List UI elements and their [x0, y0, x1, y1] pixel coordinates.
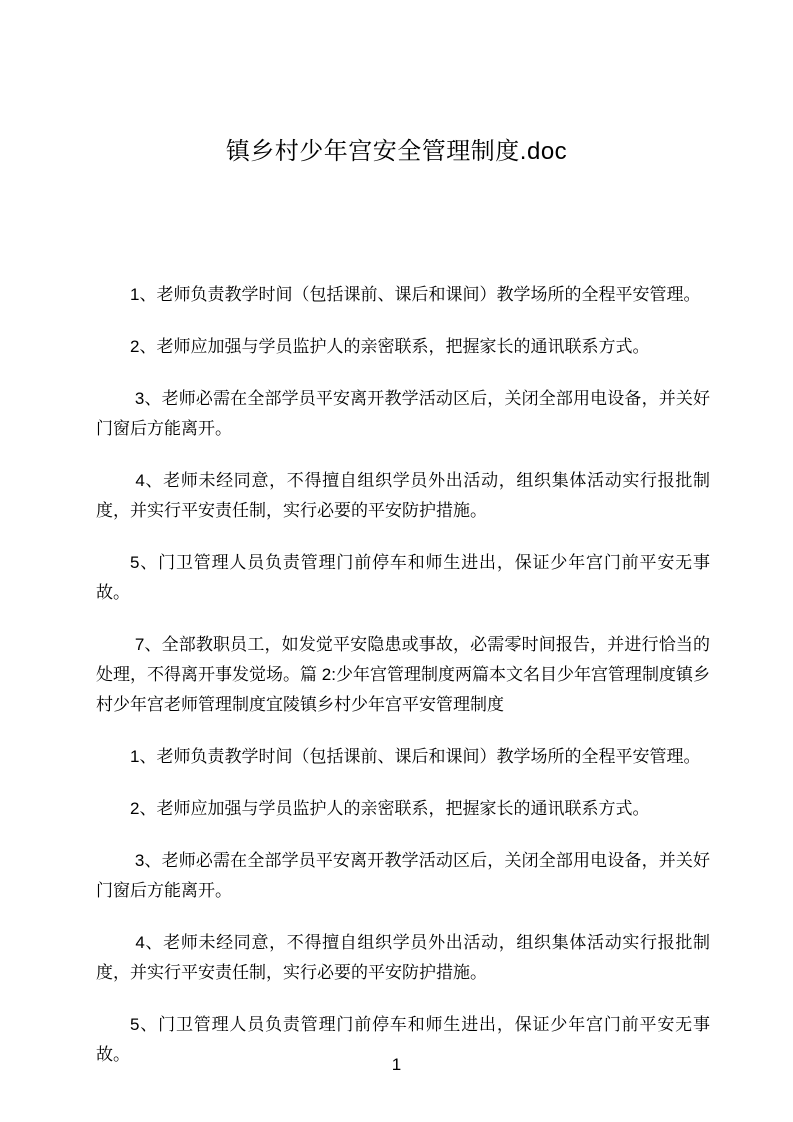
paragraph: 5、门卫管理人员负责管理门前停车和师生进出，保证少年宫门前平安无事故。: [96, 548, 710, 608]
document-page: 镇乡村少年宫安全管理制度.doc 1、老师负责教学时间（包括课前、课后和课间）教…: [0, 0, 793, 1122]
paragraph: 2、老师应加强与学员监护人的亲密联系，把握家长的通讯联系方式。: [96, 794, 710, 824]
document-body: 1、老师负责教学时间（包括课前、课后和课间）教学场所的全程平安管理。 2、老师应…: [96, 168, 710, 1070]
paragraph: 1、老师负责教学时间（包括课前、课后和课间）教学场所的全程平安管理。: [96, 742, 710, 772]
paragraph: 4、老师未经同意，不得擅自组织学员外出活动，组织集体活动实行报批制度，并实行平安…: [96, 928, 710, 988]
paragraph: 1、老师负责教学时间（包括课前、课后和课间）教学场所的全程平安管理。: [96, 280, 710, 310]
page-footer: 1: [0, 1050, 793, 1080]
paragraph: 3、老师必需在全部学员平安离开教学活动区后，关闭全部用电设备，并关好门窗后方能离…: [96, 846, 710, 906]
paragraph: 3、老师必需在全部学员平安离开教学活动区后，关闭全部用电设备，并关好门窗后方能离…: [96, 384, 710, 444]
document-title: 镇乡村少年宫安全管理制度.doc: [0, 0, 793, 168]
paragraph: 2、老师应加强与学员监护人的亲密联系，把握家长的通讯联系方式。: [96, 332, 710, 362]
paragraph: 4、老师未经同意，不得擅自组织学员外出活动，组织集体活动实行报批制度，并实行平安…: [96, 466, 710, 526]
page-number: 1: [392, 1055, 401, 1074]
paragraph: 7、全部教职员工，如发觉平安隐患或事故，必需零时间报告，并进行恰当的处理，不得离…: [96, 630, 710, 720]
